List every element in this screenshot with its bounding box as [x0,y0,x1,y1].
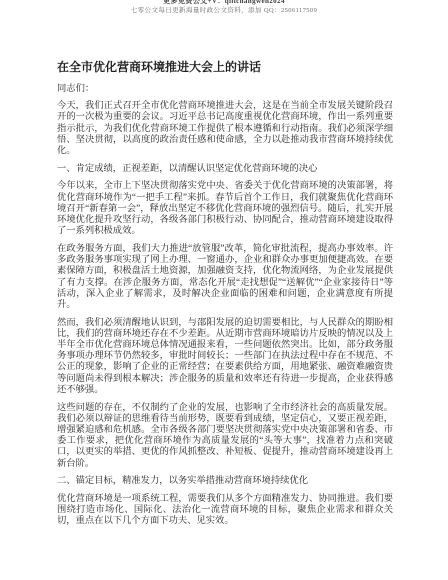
promo-line-1: 更多免费公文+V：qilichangwen2024 [0,0,448,6]
paragraph-2: 今年以来，全市上下坚决贯彻落实党中央、省委关于优化营商环境的决策部署，将优化营商… [57,181,393,237]
promo-line-2: 七零公文每日更新海量时政公文资料，添加 QQ：2506117509 [0,7,448,15]
paragraph-6: 优化营商环境是一项系统工程，需要我们从多个方面精准发力、协同推进。我们要围绕打造… [57,494,393,528]
section-heading-2: 二、锚定目标，精准发力，以务实举措推动营商环境持续优化 [57,476,393,487]
salutation: 同志们： [57,84,393,95]
paragraph-3: 在政务服务方面，我们大力推进“放管服”改革，简化审批流程，提高办事效率。许多政务… [57,244,393,311]
promo-header: 更多免费公文+V：qilichangwen2024 七零公文每日更新海量时政公文… [0,0,448,15]
document-body: 在全市优化营商环境推进大会上的讲话 同志们： 今天，我们正式召开全市优化营商环境… [57,60,393,528]
paragraph-5: 这些问题的存在，不仅制约了企业的发展，也影响了全市经济社会的高质量发展。我们必须… [57,403,393,470]
paragraph-1: 今天，我们正式召开全市优化营商环境推进大会，这是在当前全市发展关键阶段召开的一次… [57,101,393,157]
paragraph-4: 然而，我们必须清醒地认识到，与邵阳发展的迫切需要相比，与人民群众的期盼相比，我们… [57,318,393,396]
document-title: 在全市优化营商环境推进大会上的讲话 [57,60,393,74]
document-page: 更多免费公文+V：qilichangwen2024 七零公文每日更新海量时政公文… [0,0,448,577]
section-heading-1: 一、肯定成绩，正视差距，以清醒认识坚定优化营商环境的决心 [57,164,393,175]
